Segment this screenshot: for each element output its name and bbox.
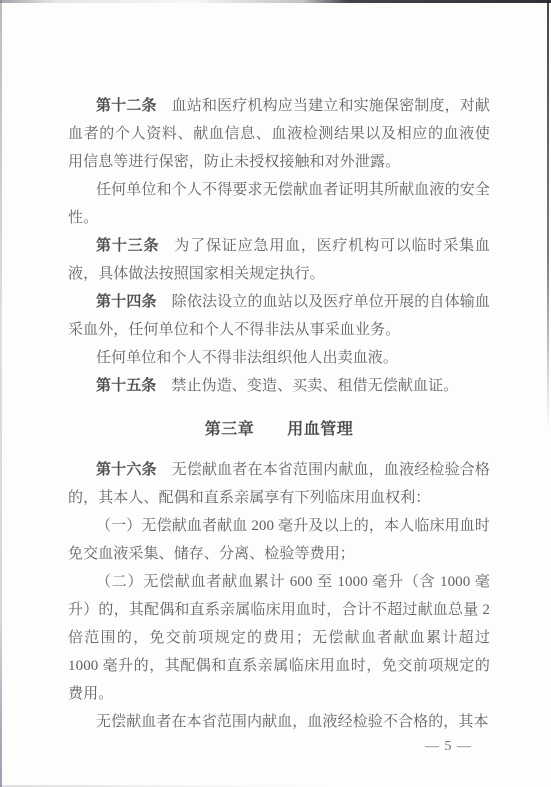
article-12-paragraph-2: 任何单位和个人不得要求无偿献血者证明其所献血液的安全性。 — [68, 176, 490, 232]
scan-artifact-left-edge — [0, 0, 2, 787]
article-15-text: 禁止伪造、变造、买卖、租借无偿献血证。 — [171, 378, 458, 394]
article-16-paragraph: 第十六条无偿献血者在本省范围内献血，血液经检验合格的，其本人、配偶和直系亲属享有… — [68, 456, 490, 512]
scan-artifact-top-edge — [0, 0, 551, 3]
article-16-item-2: （二）无偿献血者献血累计 600 至 1000 毫升（含 1000 毫升）的，其… — [68, 568, 490, 708]
article-12-number: 第十二条 — [96, 98, 157, 114]
scanned-document-page: 第十二条血站和医疗机构应当建立和实施保密制度，对献血者的个人资料、献血信息、血液… — [0, 0, 551, 787]
article-16-item-1-text: （一）无偿献血者献血 200 毫升及以上的，本人临床用血时免交血液采集、储存、分… — [68, 518, 490, 562]
article-14-paragraph: 第十四条除依法设立的血站以及医疗单位开展的自体输血采血外，任何单位和个人不得非法… — [68, 288, 490, 344]
article-15-number: 第十五条 — [96, 378, 156, 394]
article-13-paragraph: 第十三条为了保证应急用血，医疗机构可以临时采集血液，具体做法按照国家相关规定执行… — [68, 232, 490, 288]
article-14-paragraph-2: 任何单位和个人不得非法组织他人出卖血液。 — [68, 344, 490, 372]
article-16-item-1: （一）无偿献血者献血 200 毫升及以上的，本人临床用血时免交血液采集、储存、分… — [68, 512, 490, 568]
article-16-number: 第十六条 — [96, 462, 157, 478]
article-16-item-2-text: （二）无偿献血者献血累计 600 至 1000 毫升（含 1000 毫升）的，其… — [68, 574, 490, 702]
page-number: — 5 — — [68, 737, 490, 757]
article-14-number: 第十四条 — [96, 294, 157, 310]
document-body: 第十二条血站和医疗机构应当建立和实施保密制度，对献血者的个人资料、献血信息、血液… — [68, 92, 490, 757]
article-15-paragraph: 第十五条禁止伪造、变造、买卖、租借无偿献血证。 — [68, 372, 490, 400]
article-14-text-2: 任何单位和个人不得非法组织他人出卖血液。 — [96, 350, 398, 366]
article-12-paragraph: 第十二条血站和医疗机构应当建立和实施保密制度，对献血者的个人资料、献血信息、血液… — [68, 92, 490, 176]
scan-artifact-right-edge — [547, 0, 549, 430]
article-13-number: 第十三条 — [96, 238, 159, 254]
article-16-text-3: 无偿献血者在本省范围内献血，血液经检验不合格的，其本 — [96, 714, 489, 730]
article-16-paragraph-3: 无偿献血者在本省范围内献血，血液经检验不合格的，其本 — [68, 708, 490, 736]
article-12-text-2: 任何单位和个人不得要求无偿献血者证明其所献血液的安全性。 — [68, 182, 490, 226]
chapter-heading: 第三章 用血管理 — [68, 416, 490, 444]
